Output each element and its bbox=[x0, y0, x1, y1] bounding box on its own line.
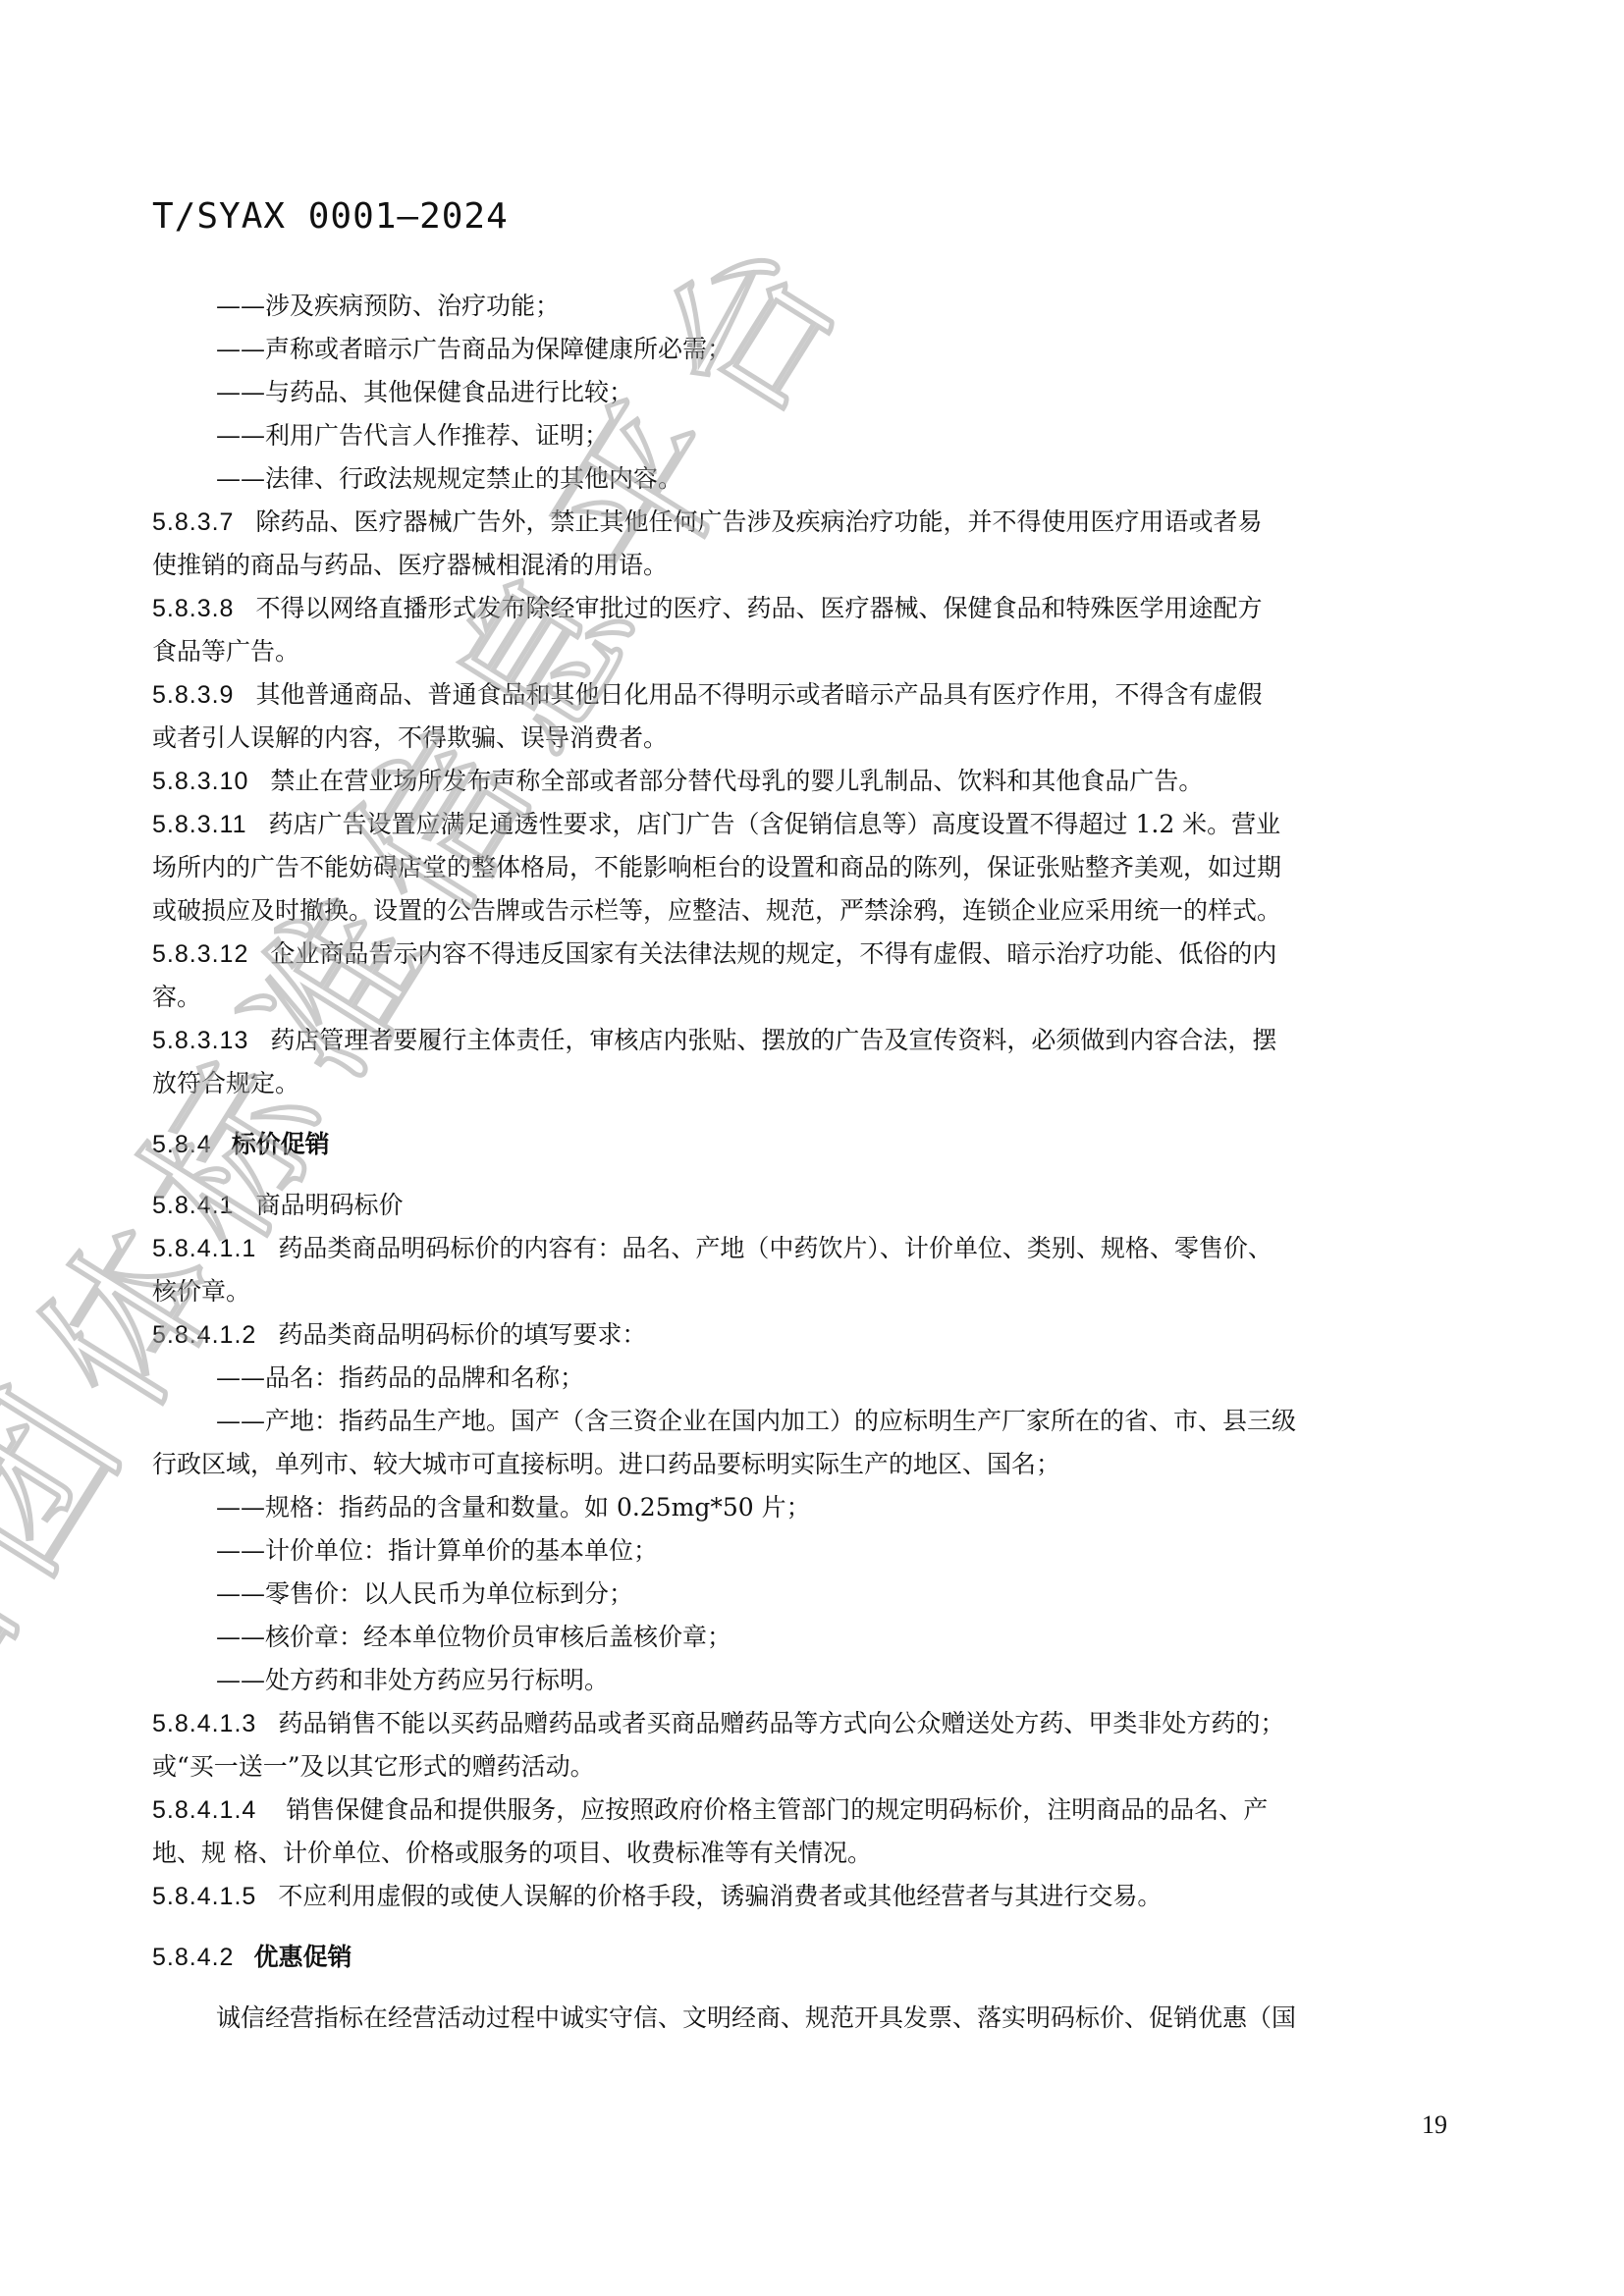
clause-text: 药品类商品明码标价的内容有：品名、产地（中药饮片）、计价单位、类别、规格、零售价… bbox=[278, 1234, 1272, 1262]
clause-text: 药品类商品明码标价的填写要求： bbox=[278, 1320, 646, 1349]
document-page: T/SYAX 0001—2024 ——涉及疾病预防、治疗功能； ——声称或者暗示… bbox=[0, 0, 1624, 2296]
section-title: 标价促销 bbox=[232, 1131, 330, 1158]
list-item: ——声称或者暗示广告商品为保障健康所必需； bbox=[152, 328, 1488, 371]
clause-text-cont: 容。 bbox=[152, 976, 1488, 1019]
clause-number: 5.8.4.1.4 bbox=[152, 1789, 256, 1832]
section-number: 5.8.4 bbox=[152, 1123, 212, 1166]
section-title: 优惠促销 bbox=[253, 1944, 352, 1971]
page-number: 19 bbox=[1422, 2110, 1447, 2140]
clause-5-8-3-11: 5.8.3.11药店广告设置应满足通透性要求，店门广告（含促销信息等）高度设置不… bbox=[152, 803, 1488, 933]
clause-text-cont: 食品等广告。 bbox=[152, 630, 1488, 673]
clause-5-8-3-9: 5.8.3.9其他普通商品、普通食品和其他日化用品不得明示或者暗示产品具有医疗作… bbox=[152, 673, 1488, 760]
clause-text-cont: 地、规 格、计价单位、价格或服务的项目、收费标准等有关情况。 bbox=[152, 1832, 1488, 1875]
clause-text: 药店管理者要履行主体责任，审核店内张贴、摆放的广告及宣传资料，必须做到内容合法，… bbox=[270, 1026, 1276, 1054]
list-item: ——品名：指药品的品牌和名称； bbox=[152, 1357, 1488, 1400]
list-item: ——零售价：以人民币为单位标到分； bbox=[152, 1573, 1488, 1616]
clause-text: 不应利用虚假的或使人误解的价格手段，诱骗消费者或其他经营者与其进行交易。 bbox=[278, 1882, 1162, 1910]
clause-text-cont: 或“买一送一”及以其它形式的赠药活动。 bbox=[152, 1745, 1488, 1789]
clause-text-cont: 或者引人误解的内容，不得欺骗、误导消费者。 bbox=[152, 717, 1488, 760]
clause-text: 药品销售不能以买药品赠药品或者买商品赠药品等方式向公众赠送处方药、甲类非处方药的… bbox=[278, 1709, 1284, 1737]
clause-5-8-4-1-1: 5.8.4.1.1药品类商品明码标价的内容有：品名、产地（中药饮片）、计价单位、… bbox=[152, 1227, 1488, 1313]
section-heading-5-8-4-2: 5.8.4.2优惠促销 bbox=[152, 1936, 1488, 1979]
clause-text-cont: 核价章。 bbox=[152, 1270, 1488, 1313]
section-number: 5.8.4.1 bbox=[152, 1184, 234, 1227]
list-item: ——利用广告代言人作推荐、证明； bbox=[152, 414, 1488, 457]
clause-text-cont: 场所内的广告不能妨碍店堂的整体格局，不能影响柜台的设置和商品的陈列，保证张贴整齐… bbox=[152, 846, 1488, 889]
clause-number: 5.8.4.1.3 bbox=[152, 1702, 256, 1745]
list-item: ——法律、行政法规规定禁止的其他内容。 bbox=[152, 457, 1488, 501]
clause-number: 5.8.3.10 bbox=[152, 760, 248, 803]
list-item: ——与药品、其他保健食品进行比较； bbox=[152, 371, 1488, 414]
clause-text: 药店广告设置应满足通透性要求，店门广告（含促销信息等）高度设置不得超过 1.2 … bbox=[269, 810, 1281, 838]
clause-number: 5.8.3.12 bbox=[152, 933, 248, 976]
clause-5-8-4-1-4: 5.8.4.1.4 销售保健食品和提供服务，应按照政府价格主管部门的规定明码标价… bbox=[152, 1789, 1488, 1875]
clause-number: 5.8.3.8 bbox=[152, 587, 234, 630]
clause-number: 5.8.3.9 bbox=[152, 673, 234, 717]
list-item: ——处方药和非处方药应另行标明。 bbox=[152, 1659, 1488, 1702]
clause-text: 企业商品告示内容不得违反国家有关法律法规的规定，不得有虚假、暗示治疗功能、低俗的… bbox=[270, 939, 1276, 968]
clause-text-cont: 使推销的商品与药品、医疗器械相混淆的用语。 bbox=[152, 544, 1488, 587]
clause-number: 5.8.4.1.5 bbox=[152, 1875, 256, 1918]
clause-number: 5.8.3.13 bbox=[152, 1019, 248, 1062]
clause-text: 其他普通商品、普通食品和其他日化用品不得明示或者暗示产品具有医疗作用，不得含有虚… bbox=[255, 680, 1262, 709]
document-body: ——涉及疾病预防、治疗功能； ——声称或者暗示广告商品为保障健康所必需； ——与… bbox=[152, 285, 1488, 2040]
list-item: ——规格：指药品的含量和数量。如 0.25mg*50 片； bbox=[152, 1486, 1488, 1529]
list-item-cont: 行政区域，单列市、较大城市可直接标明。进口药品要标明实际生产的地区、国名； bbox=[152, 1443, 1488, 1486]
clause-text-cont: 放符合规定。 bbox=[152, 1062, 1488, 1105]
standard-code-header: T/SYAX 0001—2024 bbox=[152, 196, 509, 237]
section-heading-5-8-4: 5.8.4标价促销 bbox=[152, 1123, 1488, 1166]
clause-number: 5.8.3.7 bbox=[152, 501, 234, 544]
clause-text: 禁止在营业场所发布声称全部或者部分替代母乳的婴儿乳制品、饮料和其他食品广告。 bbox=[270, 767, 1203, 795]
clause-text: 除药品、医疗器械广告外，禁止其他任何广告涉及疾病治疗功能，并不得使用医疗用语或者… bbox=[255, 507, 1262, 536]
clause-number: 5.8.3.11 bbox=[152, 803, 247, 846]
list-item: ——核价章：经本单位物价员审核后盖核价章； bbox=[152, 1616, 1488, 1659]
clause-text: 销售保健食品和提供服务，应按照政府价格主管部门的规定明码标价，注明商品的品名、产 bbox=[278, 1795, 1268, 1824]
section-heading-5-8-4-1: 5.8.4.1商品明码标价 bbox=[152, 1184, 1488, 1227]
list-item: ——涉及疾病预防、治疗功能； bbox=[152, 285, 1488, 328]
clause-number: 5.8.4.1.2 bbox=[152, 1313, 256, 1357]
clause-text-cont: 或破损应及时撤换。设置的公告牌或告示栏等，应整洁、规范，严禁涂鸦，连锁企业应采用… bbox=[152, 889, 1488, 933]
clause-5-8-3-13: 5.8.3.13药店管理者要履行主体责任，审核店内张贴、摆放的广告及宣传资料，必… bbox=[152, 1019, 1488, 1105]
body-paragraph: 诚信经营指标在经营活动过程中诚实守信、文明经商、规范开具发票、落实明码标价、促销… bbox=[152, 1997, 1488, 2040]
section-number: 5.8.4.2 bbox=[152, 1936, 234, 1979]
clause-5-8-4-1-5: 5.8.4.1.5不应利用虚假的或使人误解的价格手段，诱骗消费者或其他经营者与其… bbox=[152, 1875, 1488, 1918]
clause-5-8-4-1-3: 5.8.4.1.3药品销售不能以买药品赠药品或者买商品赠药品等方式向公众赠送处方… bbox=[152, 1702, 1488, 1789]
clause-5-8-3-8: 5.8.3.8不得以网络直播形式发布除经审批过的医疗、药品、医疗器械、保健食品和… bbox=[152, 587, 1488, 673]
list-item: ——产地：指药品生产地。国产（含三资企业在国内加工）的应标明生产厂家所在的省、市… bbox=[152, 1400, 1488, 1443]
clause-5-8-4-1-2: 5.8.4.1.2药品类商品明码标价的填写要求： ——品名：指药品的品牌和名称；… bbox=[152, 1313, 1488, 1702]
dash-list-prohibited-content: ——涉及疾病预防、治疗功能； ——声称或者暗示广告商品为保障健康所必需； ——与… bbox=[152, 285, 1488, 501]
clause-text: 不得以网络直播形式发布除经审批过的医疗、药品、医疗器械、保健食品和特殊医学用途配… bbox=[255, 594, 1262, 622]
clause-5-8-3-10: 5.8.3.10禁止在营业场所发布声称全部或者部分替代母乳的婴儿乳制品、饮料和其… bbox=[152, 760, 1488, 803]
clause-5-8-3-7: 5.8.3.7除药品、医疗器械广告外，禁止其他任何广告涉及疾病治疗功能，并不得使… bbox=[152, 501, 1488, 587]
list-item: ——计价单位：指计算单价的基本单位； bbox=[152, 1529, 1488, 1573]
clause-5-8-3-12: 5.8.3.12企业商品告示内容不得违反国家有关法律法规的规定，不得有虚假、暗示… bbox=[152, 933, 1488, 1019]
clause-number: 5.8.4.1.1 bbox=[152, 1227, 256, 1270]
section-title: 商品明码标价 bbox=[255, 1191, 403, 1219]
